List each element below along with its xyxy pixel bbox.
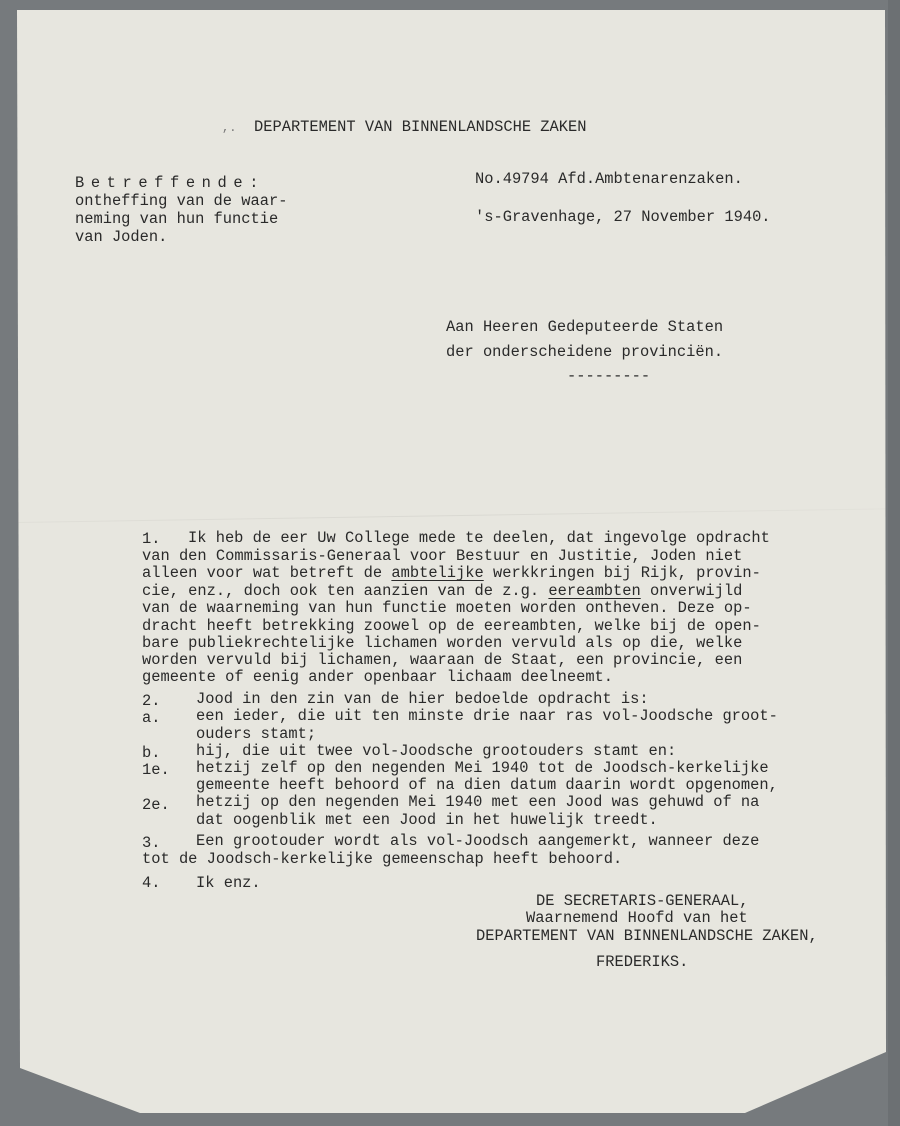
underlined-term-eereambten: eereambten (548, 582, 640, 600)
paragraph-line: bare publiekrechtelijke lichamen worden … (142, 634, 742, 652)
paper-fold-line (17, 508, 886, 523)
paragraph-line: Een grootouder wordt als vol-Joodsch aan… (196, 832, 759, 850)
list-marker: a. (142, 709, 160, 727)
paragraph-line: tot de Joodsch-kerkelijke gemeenschap he… (142, 850, 622, 868)
department-header: DEPARTEMENT VAN BINNENLANDSCHE ZAKEN (254, 118, 587, 136)
list-item-line: hetzij op den negenden Mei 1940 met een … (196, 793, 759, 811)
signature-name: FREDERIKS. (596, 953, 688, 971)
list-item-line: hij, die uit twee vol-Joodsche grootoude… (196, 742, 676, 760)
paragraph-text: Ik enz. (196, 874, 261, 892)
paragraph-line: worden vervuld bij lichamen, waaraan de … (142, 651, 742, 669)
list-marker: 2e. (142, 796, 170, 814)
paragraph-number: 2. (142, 692, 160, 710)
paragraph-line: van den Commissaris-Generaal voor Bestuu… (142, 547, 742, 565)
signature-title: DE SECRETARIS-GENERAAL, (536, 892, 748, 910)
list-item-line: hetzij zelf op den negenden Mei 1940 tot… (196, 759, 769, 777)
list-item-line: gemeente heeft behoord of na dien datum … (196, 776, 778, 794)
subject-line: van Joden. (75, 228, 167, 246)
underlined-term-ambtelijke: ambtelijke (391, 564, 483, 582)
subject-line: ontheffing van de waar- (75, 192, 287, 210)
paragraph-number: 1. (142, 530, 160, 548)
text-segment: onverwijld (641, 582, 743, 600)
stray-mark: ,. (222, 119, 236, 137)
list-item-line: een ieder, die uit ten minste drie naar … (196, 707, 778, 725)
addressee-separator: --------- (567, 367, 650, 385)
subject-line: neming van hun functie (75, 210, 278, 228)
paragraph-intro: Jood in den zin van de hier bedoelde opd… (196, 690, 649, 708)
paragraph-line: cie, enz., doch ook ten aanzien van de z… (142, 582, 742, 600)
list-item-line: ouders stamt; (196, 725, 316, 743)
text-segment: cie, enz., doch ook ten aanzien van de z… (142, 582, 548, 600)
paragraph-line: Ik heb de eer Uw College mede te deelen,… (188, 529, 770, 547)
reference-number: No.49794 Afd.Ambtenarenzaken. (475, 170, 743, 188)
scan-background-edge (888, 0, 900, 1126)
paragraph-line: dracht heeft betrekking zoowel op de eer… (142, 617, 761, 635)
list-marker: 1e. (142, 761, 170, 779)
paragraph-number: 4. (142, 874, 160, 892)
addressee-line: Aan Heeren Gedeputeerde Staten (446, 318, 723, 336)
list-item-line: dat oogenblik met een Jood in het huweli… (196, 811, 658, 829)
paragraph-line: alleen voor wat betreft de ambtelijke we… (142, 564, 761, 582)
place-date: 's-Gravenhage, 27 November 1940. (475, 208, 771, 226)
signature-role: Waarnemend Hoofd van het (526, 909, 748, 927)
text-segment: werkkringen bij Rijk, provin- (484, 564, 761, 582)
paragraph-line: van de waarneming van hun functie moeten… (142, 599, 752, 617)
letter-page: ,. DEPARTEMENT VAN BINNENLANDSCHE ZAKEN … (0, 0, 900, 1126)
text-segment: alleen voor wat betreft de (142, 564, 391, 582)
addressee-line: der onderscheidene provinciën. (446, 343, 723, 361)
paragraph-line: gemeente of eenig ander openbaar lichaam… (142, 668, 613, 686)
subject-label: Betreffende: (75, 174, 265, 192)
signature-department: DEPARTEMENT VAN BINNENLANDSCHE ZAKEN, (476, 927, 818, 945)
list-marker: b. (142, 744, 160, 762)
